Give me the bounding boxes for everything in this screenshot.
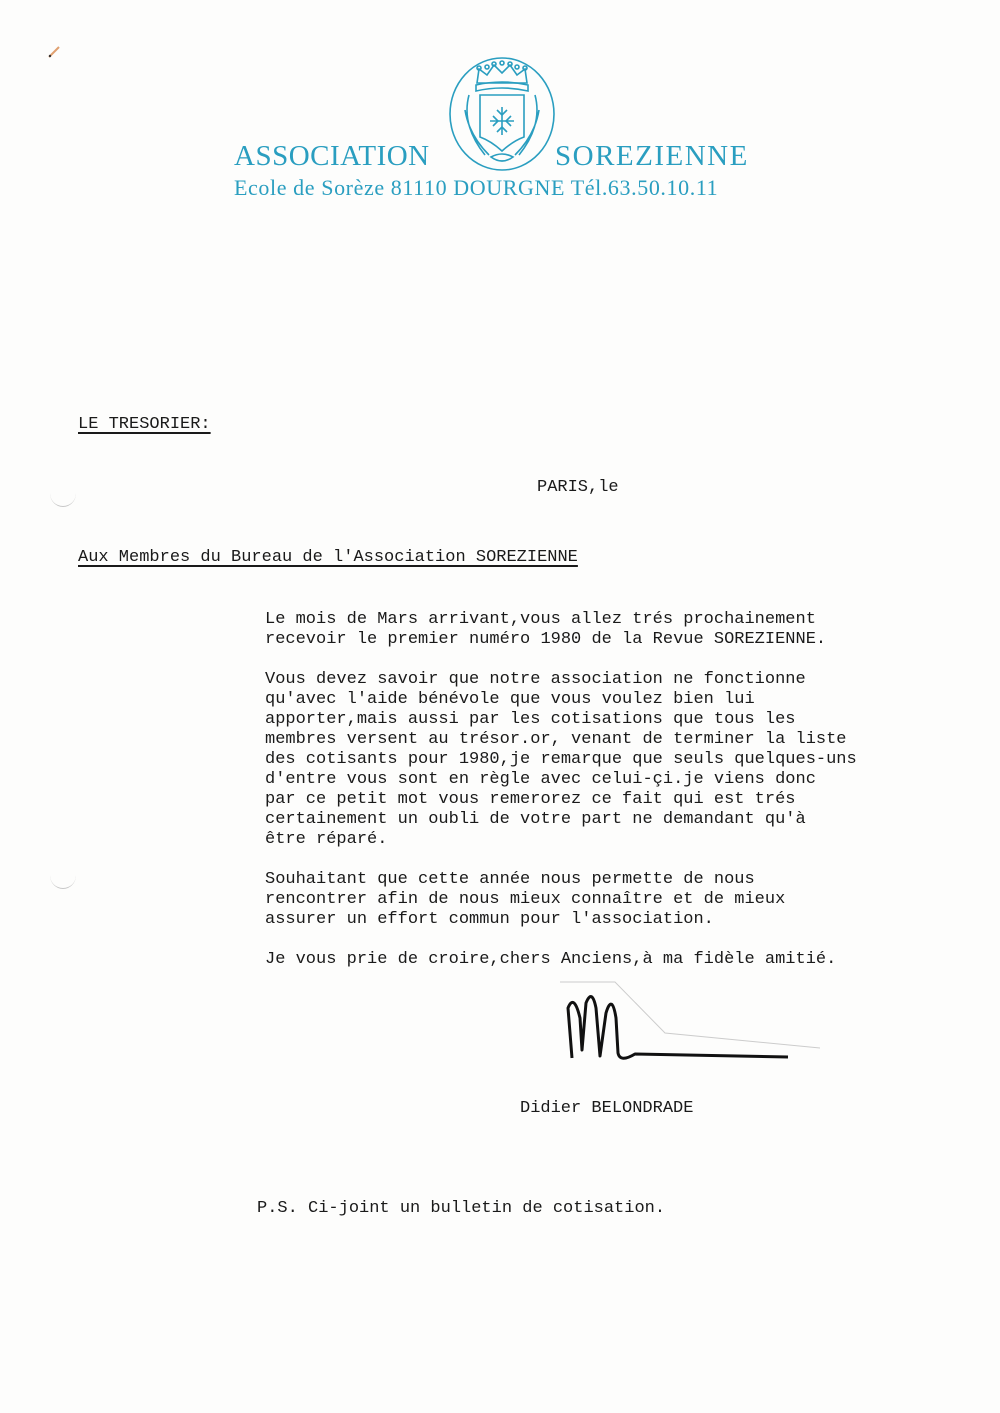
paragraph-line: apporter,mais aussi par les cotisations … — [265, 710, 985, 730]
paragraph-line: par ce petit mot vous remerorez ce fait … — [265, 790, 985, 810]
ink-mark-icon — [45, 45, 63, 59]
punch-hole-mark — [50, 480, 76, 507]
paragraph-line: d'entre vous sont en règle avec celui-çi… — [265, 770, 985, 790]
handwritten-signature-icon — [560, 978, 820, 1078]
letter-paragraph: Souhaitant que cette année nous permette… — [265, 870, 985, 930]
letter-paragraph: Je vous prie de croire,chers Anciens,à m… — [265, 950, 985, 970]
punch-hole-mark — [50, 862, 76, 889]
coat-of-arms-crest-icon — [447, 55, 557, 173]
paragraph-line: qu'avec l'aide bénévole que vous voulez … — [265, 690, 985, 710]
paragraph-line: Souhaitant que cette année nous permette… — [265, 870, 985, 890]
paragraph-line: Vous devez savoir que notre association … — [265, 670, 985, 690]
recipients-line: Aux Membres du Bureau de l'Association S… — [78, 548, 578, 567]
paragraph-line: assurer un effort commun pour l'associat… — [265, 910, 985, 930]
paragraph-line: être réparé. — [265, 830, 985, 850]
paragraph-line: membres versent au trésor.or, venant de … — [265, 730, 985, 750]
org-name-left: ASSOCIATION — [234, 140, 430, 173]
letter-body: Le mois de Mars arrivant,vous allez trés… — [265, 610, 985, 990]
paragraph-line: rencontrer afin de nous mieux connaître … — [265, 890, 985, 910]
paragraph-line: recevoir le premier numéro 1980 de la Re… — [265, 630, 985, 650]
letter-paragraph: Vous devez savoir que notre association … — [265, 670, 985, 850]
letter-paragraph: Le mois de Mars arrivant,vous allez trés… — [265, 610, 985, 650]
postscript: P.S. Ci-joint un bulletin de cotisation. — [257, 1199, 665, 1218]
paragraph-line: certainement un oubli de votre part ne d… — [265, 810, 985, 830]
paragraph-line: des cotisants pour 1980,je remarque que … — [265, 750, 985, 770]
org-name-right: SOREZIENNE — [555, 140, 749, 173]
paragraph-line: Je vous prie de croire,chers Anciens,à m… — [265, 950, 985, 970]
sender-title: LE TRESORIER: — [78, 415, 211, 434]
signatory-name: Didier BELONDRADE — [520, 1099, 693, 1118]
place-date: PARIS,le — [537, 478, 619, 497]
paragraph-line: Le mois de Mars arrivant,vous allez trés… — [265, 610, 985, 630]
org-address: Ecole de Sorèze 81110 DOURGNE Tél.63.50.… — [234, 175, 718, 201]
